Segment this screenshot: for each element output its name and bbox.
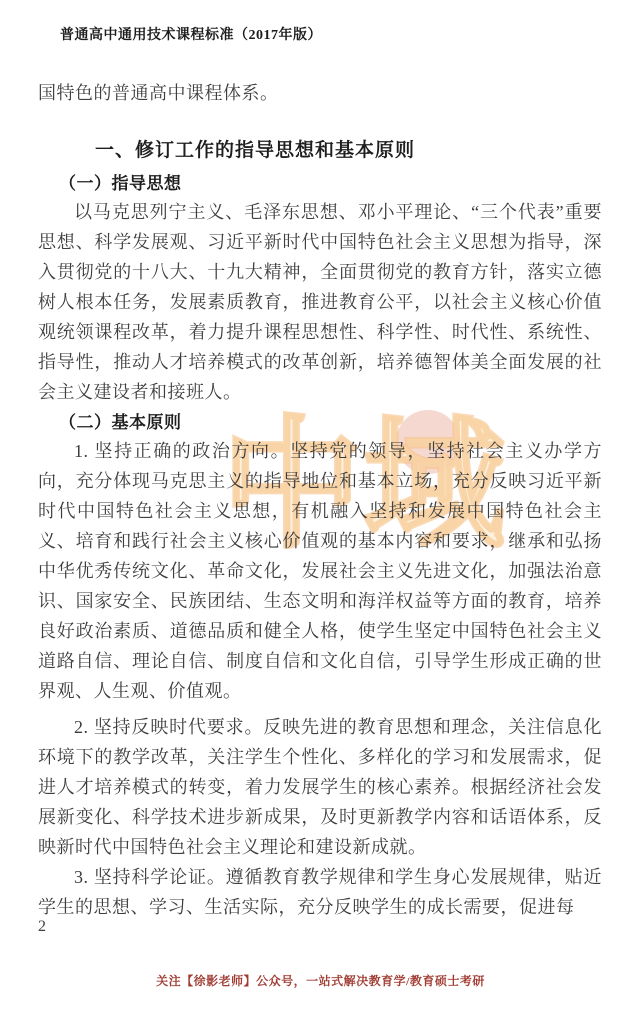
subsection-heading-basic-principles: （二）基本原则 <box>38 410 602 436</box>
paragraph-principle-2: 2. 坚持反映时代要求。反映先进的教育思想和理念，关注信息化环境下的教学改革，关… <box>38 712 602 862</box>
page-body: 国特色的普通高中课程体系。 一、修订工作的指导思想和基本原则 （一）指导思想 以… <box>38 78 602 922</box>
footer-promo: 关注【徐影老师】公众号，一站式解决教育学/教育硕士考研 <box>0 972 641 989</box>
document-page: 普通高中通用技术课程标准（2017年版） 中域 国特色的普通高中课程体系。 一、… <box>0 0 641 1010</box>
section-heading: 一、修订工作的指导思想和基本原则 <box>38 138 602 164</box>
running-header: 普通高中通用技术课程标准（2017年版） <box>60 24 322 44</box>
paragraph-principle-3: 3. 坚持科学论证。遵循教育教学规律和学生身心发展规律，贴近学生的思想、学习、生… <box>38 862 602 922</box>
paragraph-intro-continuation: 国特色的普通高中课程体系。 <box>38 78 602 108</box>
page-number: 2 <box>38 918 46 936</box>
paragraph-principle-1: 1. 坚持正确的政治方向。坚持党的领导，坚持社会主义办学方向，充分体现马克思主义… <box>38 436 602 706</box>
paragraph-guiding-ideology: 以马克思列宁主义、毛泽东思想、邓小平理论、“三个代表”重要思想、科学发展观、习近… <box>38 197 602 407</box>
subsection-heading-guiding-ideology: （一）指导思想 <box>38 171 602 197</box>
